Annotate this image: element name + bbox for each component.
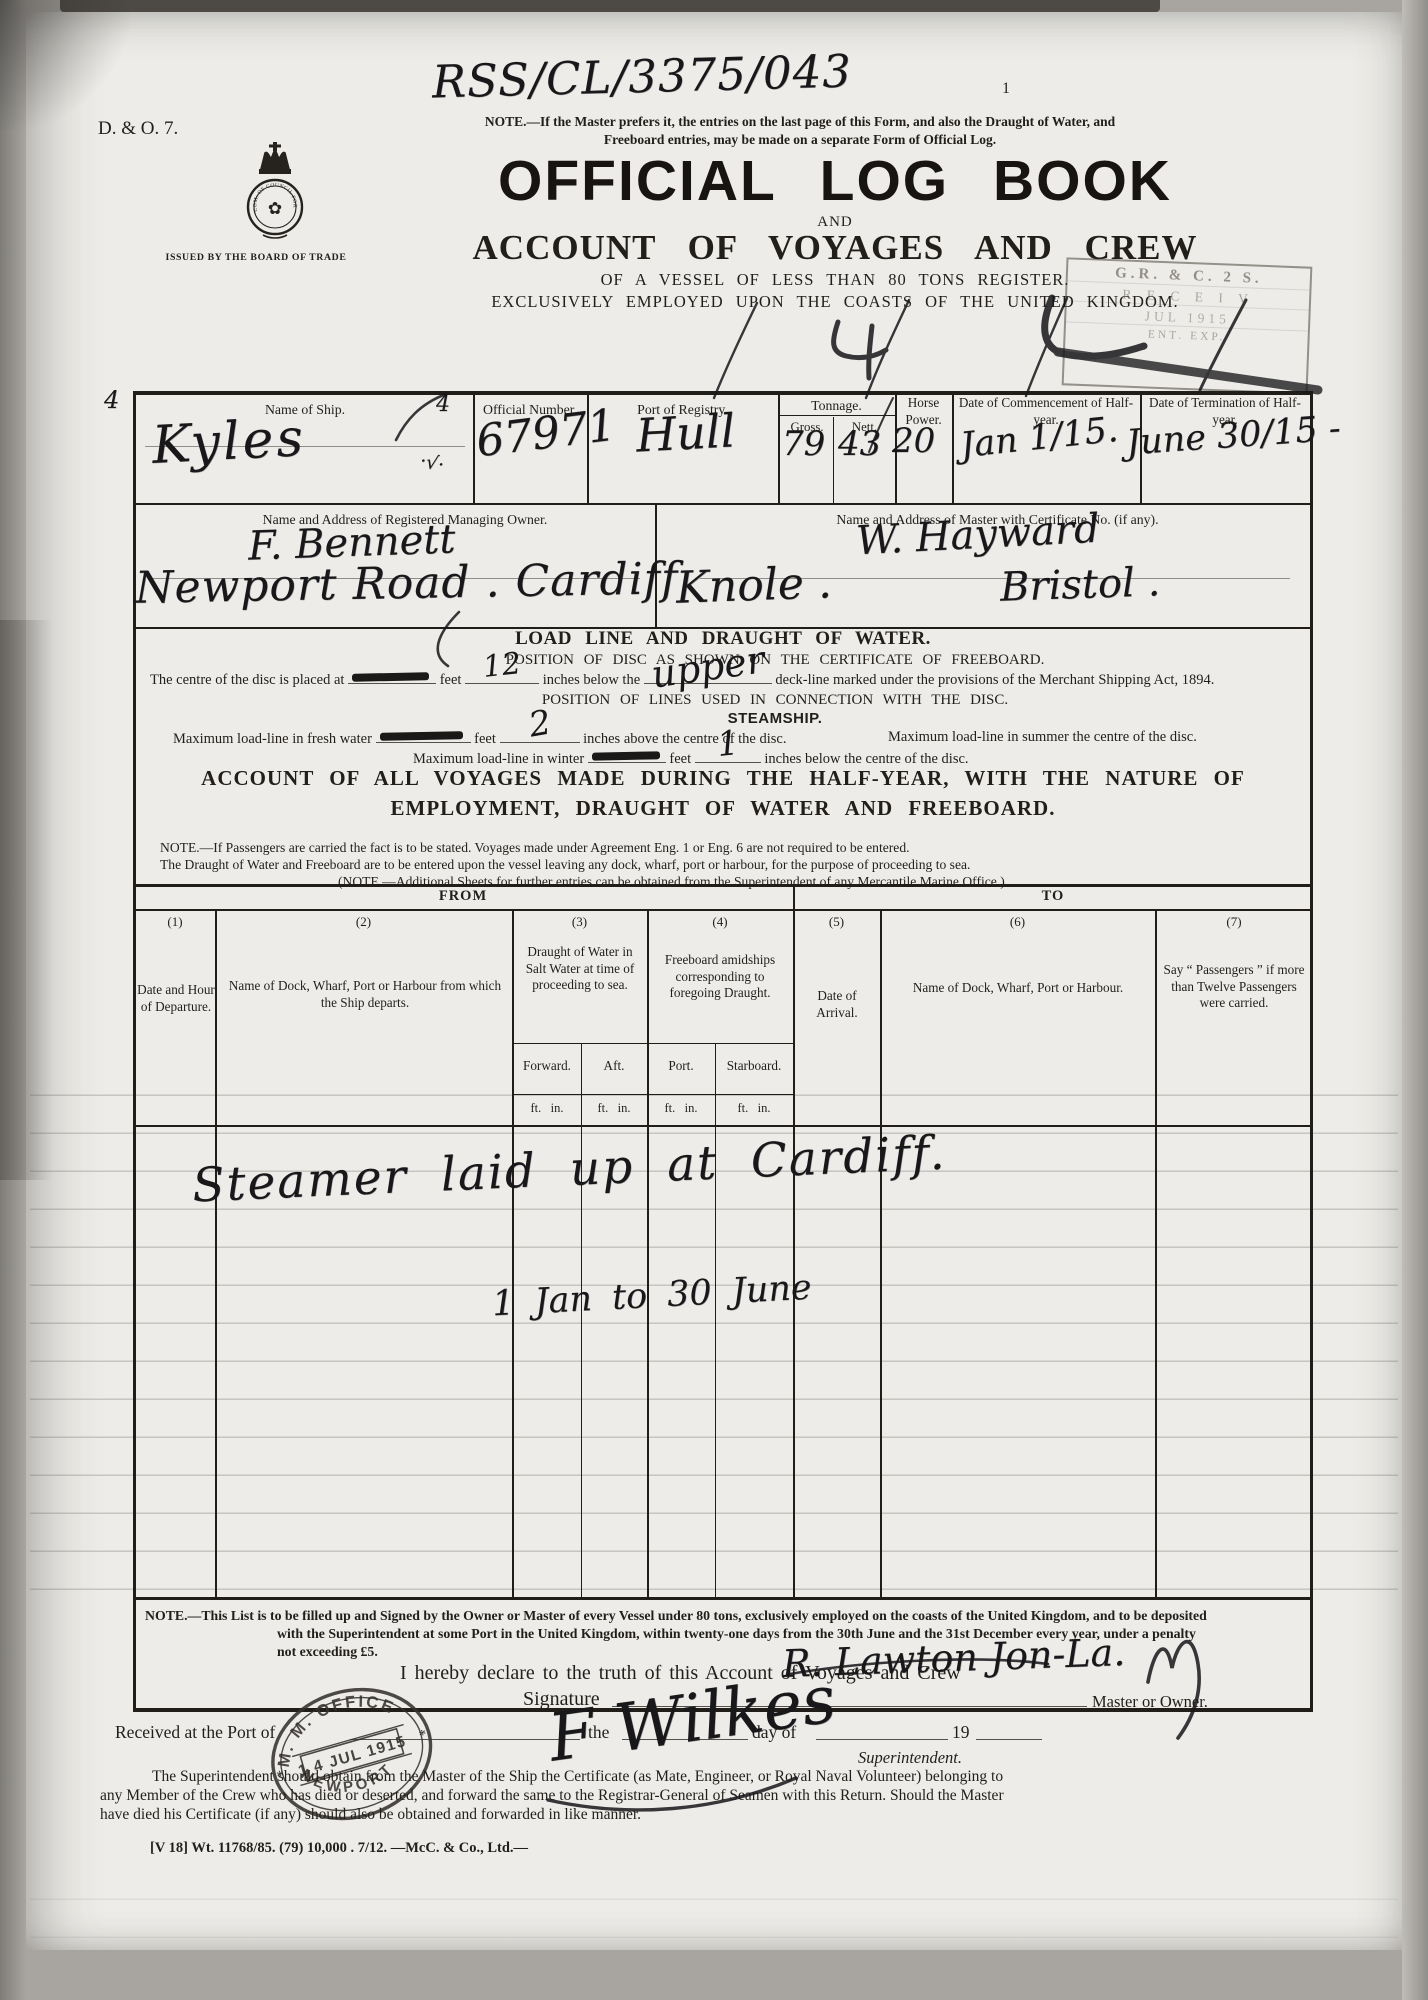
- master-or-owner-label: Master or Owner.: [1092, 1692, 1208, 1712]
- tonnage-subline: [778, 415, 895, 416]
- ink-smudge: [380, 731, 463, 741]
- sup-note-line3: have died his Certificate (if any) shoul…: [100, 1806, 641, 1824]
- superintendent-label: Superintendent.: [858, 1748, 962, 1768]
- crest-flower-icon: ✿: [268, 199, 282, 218]
- ink-smudge: [352, 672, 429, 682]
- board-of-trade-crest-icon: COM. OF COUNCIL FOR TRADE ✿: [232, 142, 318, 248]
- units-forward: ft. in.: [514, 1101, 580, 1116]
- voyage-col-line: [512, 909, 514, 1598]
- account-note2: The Draught of Water and Freeboard are t…: [160, 857, 970, 873]
- winter-post: inches below the centre of the disc.: [764, 751, 968, 767]
- year-prefix: 19: [952, 1722, 970, 1743]
- margin-mark-handwriting: 4: [104, 386, 119, 414]
- top-note-line2: Freeboard entries, may be made on a sepa…: [350, 131, 1250, 149]
- ship-name-small-mark: 4: [436, 392, 450, 417]
- fresh-feet-blank: [376, 729, 471, 743]
- scan-edge-top: [60, 0, 1160, 12]
- voyage-col-line: [215, 909, 217, 1598]
- col2-label: Name of Dock, Wharf, Port or Harbour fro…: [225, 978, 505, 1011]
- steamship-label: STEAMSHIP.: [240, 710, 1310, 727]
- sup-note-line2: any Member of the Crew who has died or d…: [100, 1787, 1004, 1805]
- col6-num: (6): [882, 914, 1153, 930]
- form-border-right: [1310, 391, 1313, 1712]
- scan-left-shading: [0, 620, 52, 1180]
- fresh-inches-blank: 2: [500, 729, 580, 743]
- col7-label: Say “ Passengers ” if more than Twelve P…: [1159, 962, 1309, 1012]
- summer-line: Maximum load-line in summer the centre o…: [888, 729, 1197, 746]
- sup-note-line1: The Superintendent should obtain from th…: [152, 1768, 1003, 1786]
- faint-receiving-stamp: G.R. & C. 2 S. R E C E I V JUL 1915 ENT.…: [1062, 257, 1313, 394]
- declaration-note-line1: NOTE.—This List is to be filled up and S…: [145, 1608, 1207, 1624]
- voyage-col-line: [1155, 909, 1157, 1598]
- col6-label: Name of Dock, Wharf, Port or Harbour.: [884, 980, 1152, 997]
- fresh-pre: Maximum load-line in fresh water: [173, 731, 372, 747]
- note-box-top: [133, 1597, 1313, 1600]
- port-of-registry-handwriting: Hull: [635, 403, 737, 462]
- from-label: FROM: [133, 888, 793, 905]
- inches-value-handwriting: 12: [481, 646, 523, 685]
- form-code: D. & O. 7.: [98, 118, 178, 140]
- centre-inches-blank: 12: [465, 670, 539, 684]
- winter-inches-blank: 1: [695, 749, 761, 763]
- to-label: TO: [793, 888, 1313, 905]
- scan-edge-right: [1402, 0, 1428, 2000]
- horse-power-handwriting: 20: [892, 421, 935, 461]
- archival-reference-handwriting: RSS/CL/3375/043: [431, 45, 852, 109]
- master-address2-handwriting: Bristol .: [999, 559, 1161, 611]
- nett-tonnage-handwriting: 43: [838, 424, 881, 464]
- master-address1-handwriting: Knole .: [675, 557, 832, 613]
- feet-label-2: feet: [474, 731, 496, 747]
- centre-feet-blank: [348, 670, 436, 684]
- port-label: Port.: [649, 1058, 713, 1075]
- feet-label-3: feet: [669, 751, 691, 767]
- account-heading-line2: EMPLOYMENT, DRAUGHT OF WATER AND FREEBOA…: [138, 796, 1308, 821]
- voyage-col-line: [647, 909, 649, 1598]
- col5-num: (5): [795, 914, 878, 930]
- body-top-line: [133, 1125, 1313, 1127]
- ship-name-tick-marks: ·√·: [418, 450, 446, 477]
- units-port: ft. in.: [649, 1101, 713, 1116]
- subheader-line: [512, 1043, 793, 1044]
- voyage-col-line: [880, 909, 882, 1598]
- col3-label: Draught of Water in Salt Water at time o…: [516, 944, 644, 994]
- col1-label: Date and Hour of Departure.: [137, 982, 215, 1015]
- centre-pre: The centre of the disc is placed at: [150, 672, 344, 688]
- col7-num: (7): [1157, 914, 1311, 930]
- col3-num: (3): [514, 914, 645, 930]
- position-disc-line: POSITION OF DISC AS SHOWN ON THE CERTIFI…: [240, 652, 1310, 669]
- forward-label: Forward.: [514, 1058, 580, 1075]
- ship-name-handwriting: Kyles: [151, 408, 308, 476]
- position-lines-line: POSITION OF LINES USED IN CONNECTION WIT…: [240, 692, 1310, 709]
- units-starboard: ft. in.: [716, 1101, 792, 1116]
- starboard-label: Starboard.: [716, 1058, 792, 1075]
- tonnage-label: Tonnage.: [780, 397, 893, 414]
- winter-feet-blank: [588, 749, 666, 763]
- units-top-line: [512, 1094, 793, 1095]
- voyages-border-top: [133, 884, 1313, 887]
- ship-row-divider: [133, 503, 1313, 505]
- gross-tonnage-handwriting: 79: [782, 424, 825, 464]
- winter-pre: Maximum load-line in winter: [413, 751, 584, 767]
- col1-num: (1): [135, 914, 215, 930]
- from-to-divider: [793, 884, 795, 911]
- col2-num: (2): [217, 914, 510, 930]
- fresh-post: inches above the centre of the disc.: [583, 731, 786, 747]
- feet-label-1: feet: [440, 672, 462, 688]
- col5-label: Date of Arrival.: [797, 988, 877, 1021]
- crest-caption: ISSUED BY THE BOARD OF TRADE: [124, 252, 388, 263]
- centre-post: deck-line marked under the provisions of…: [775, 672, 1214, 688]
- document-scan: { "scan": { "archival_ref": "RSS/CL/3375…: [0, 0, 1428, 2000]
- inches-below-label: inches below the: [543, 672, 640, 688]
- declaration-note-line3: not exceeding £5.: [277, 1644, 378, 1660]
- band-underline: [133, 909, 1313, 911]
- deck-blank: upper: [644, 670, 772, 684]
- owner-address-handwriting: Newport Road . Cardiff: [135, 553, 679, 613]
- print-code: [V 18] Wt. 11768/85. (79) 10,000 . 7/12.…: [150, 1840, 528, 1857]
- winter-value-handwriting: 1: [715, 723, 741, 765]
- aft-label: Aft.: [583, 1058, 645, 1075]
- page-title: OFFICIAL LOG BOOK: [370, 148, 1300, 214]
- account-note1: NOTE.—If Passengers are carried the fact…: [160, 840, 910, 856]
- voyage-col-line: [793, 911, 795, 1598]
- col4-label: Freeboard amidships corresponding to for…: [651, 952, 789, 1002]
- ink-smudge: [592, 751, 660, 760]
- scan-corner-shadow: [0, 0, 140, 130]
- units-aft: ft. in.: [583, 1101, 645, 1116]
- account-heading-line1: ACCOUNT OF ALL VOYAGES MADE DURING THE H…: [138, 766, 1308, 791]
- page-number: 1: [1002, 80, 1010, 98]
- year-blank: [976, 1726, 1042, 1740]
- top-note-line1: NOTE.—If the Master prefers it, the entr…: [350, 113, 1250, 131]
- col4-num: (4): [649, 914, 791, 930]
